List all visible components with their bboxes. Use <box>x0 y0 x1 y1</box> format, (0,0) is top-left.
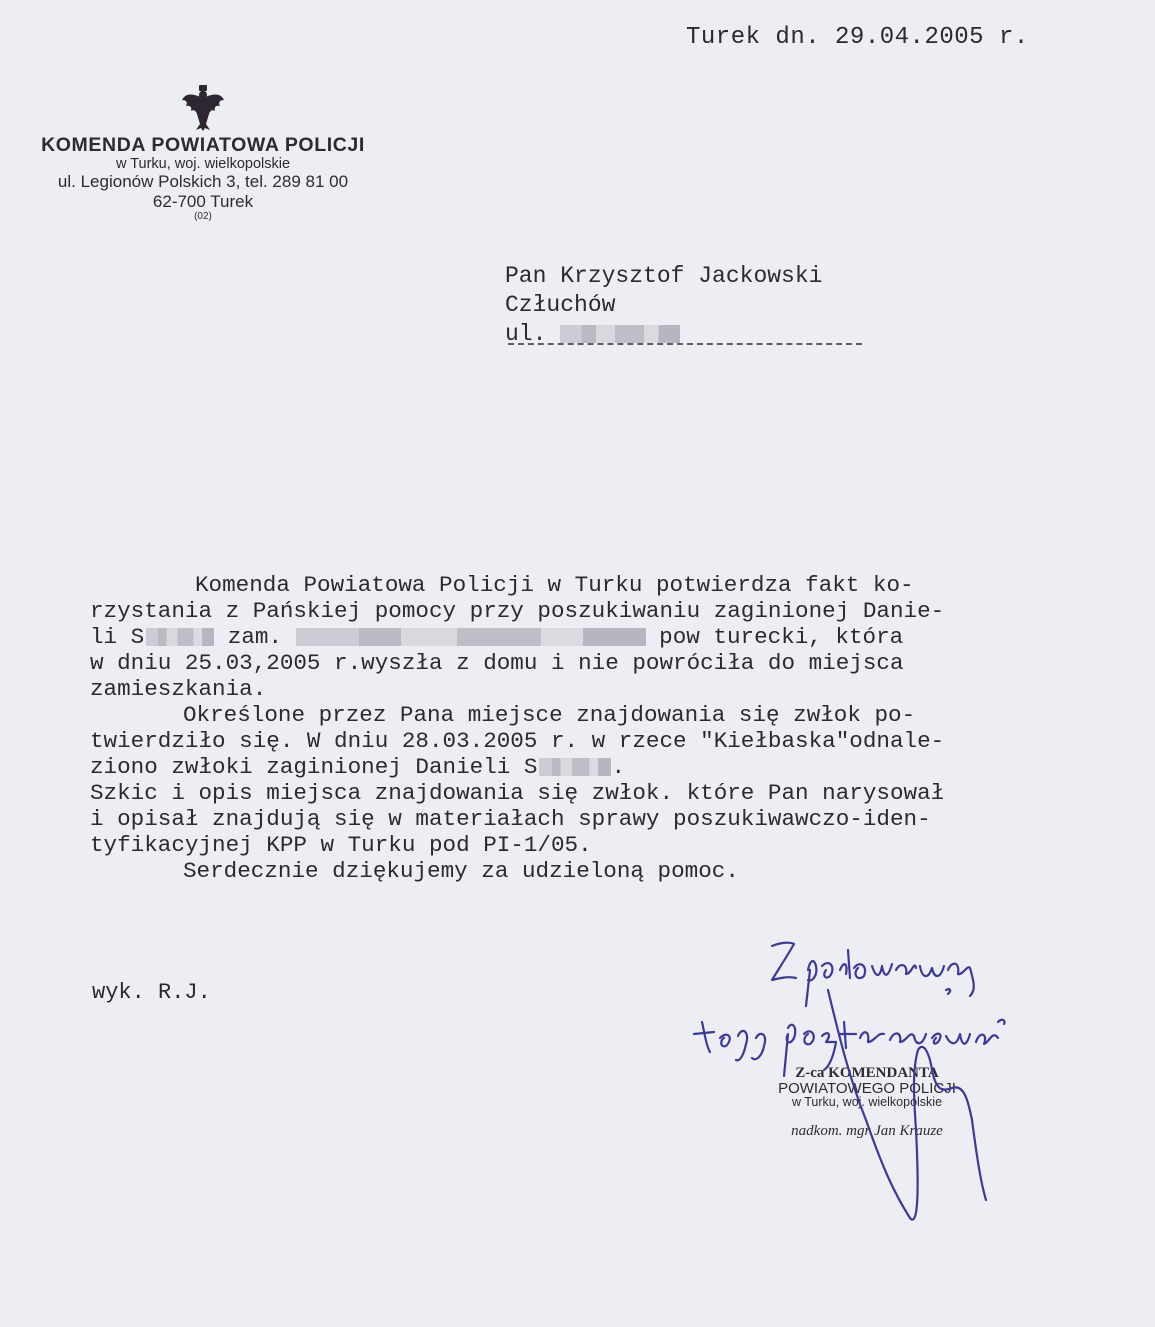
body-line: Szkic i opis miejsca znajdowania się zwł… <box>90 780 1090 806</box>
addressee-name: Pan Krzysztof Jackowski <box>505 262 822 291</box>
body-line: Określone przez Pana miejsce znajdowania… <box>90 702 1090 728</box>
letterhead-stamp: KOMENDA POWIATOWA POLICJI w Turku, woj. … <box>18 84 388 222</box>
body-line: rzystania z Pańskiej pomocy przy poszuki… <box>90 598 1090 624</box>
body-line: w dniu 25.03,2005 r.wyszła z domu i nie … <box>90 650 1090 676</box>
polish-eagle-icon <box>180 84 226 132</box>
body-line: Komenda Powiatowa Policji w Turku potwie… <box>90 572 1090 598</box>
redacted-street <box>560 325 680 343</box>
body-line: i opisał znajdują się w materiałach spra… <box>90 806 1090 832</box>
body-line: zamieszkania. <box>90 676 1090 702</box>
addressee-city: Człuchów <box>505 291 822 320</box>
place-and-date: Turek dn. 29.04.2005 r. <box>686 24 1029 51</box>
organization-region: w Turku, woj. wielkopolskie <box>18 156 388 172</box>
redacted-address <box>296 628 646 646</box>
body-line: tyfikacyjnej KPP w Turku pod PI-1/05. <box>90 832 1090 858</box>
body-line: li S zam. pow turecki, która <box>90 624 1090 650</box>
redacted-surname <box>539 758 611 776</box>
body-line: twierdziło się. W dniu 28.03.2005 r. w r… <box>90 728 1090 754</box>
letter-body: Komenda Powiatowa Policji w Turku potwie… <box>90 572 1090 884</box>
organization-address: ul. Legionów Polskich 3, tel. 289 81 00 <box>18 172 388 192</box>
redacted-surname <box>146 628 214 646</box>
handwritten-signature <box>680 930 1060 1250</box>
stamp-number: (02) <box>18 211 388 222</box>
author-initials: wyk. R.J. <box>92 980 211 1005</box>
body-line: ziono zwłoki zaginionej Danieli S. <box>90 754 1090 780</box>
body-line: Serdecznie dziękujemy za udzieloną pomoc… <box>90 858 1090 884</box>
organization-postcode: 62-700 Turek <box>18 192 388 211</box>
addressee-block: Pan Krzysztof JackowskiCzłuchówul. <box>505 262 822 349</box>
address-underline <box>508 343 862 345</box>
organization-name: KOMENDA POWIATOWA POLICJI <box>18 134 388 156</box>
